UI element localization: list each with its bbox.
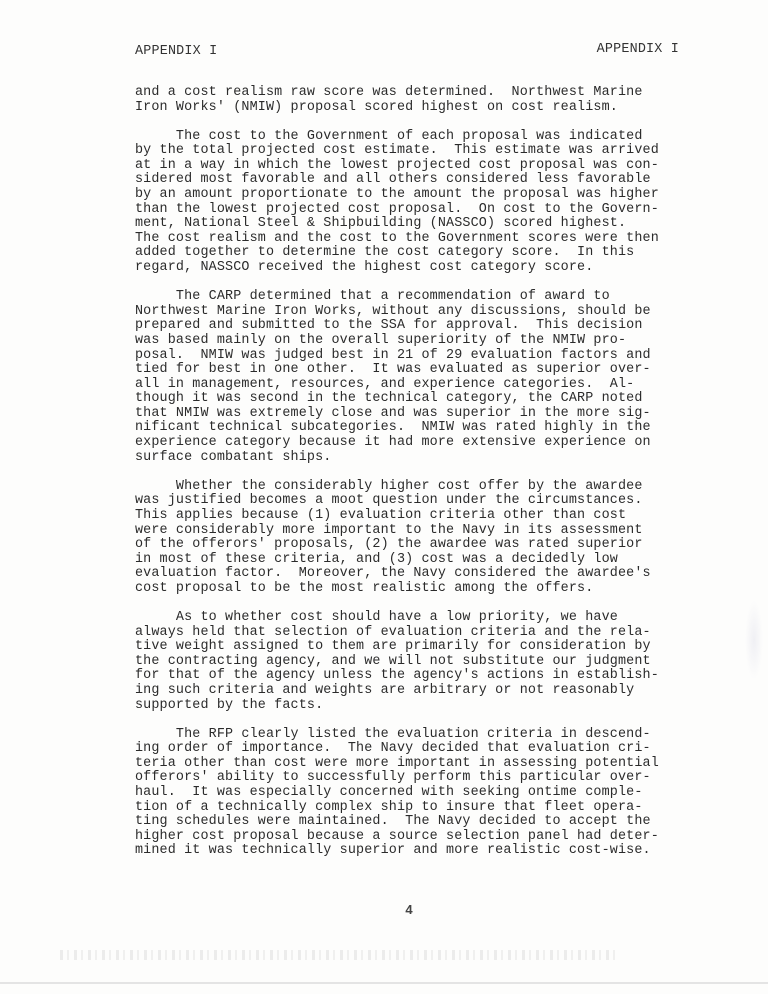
text-line: higher cost proposal because a source se…	[135, 830, 695, 845]
text-line: The cost to the Government of each propo…	[135, 130, 695, 145]
text-line: Northwest Marine Iron Works, without any…	[135, 305, 695, 320]
paragraph: The CARP determined that a recommendatio…	[135, 290, 695, 465]
text-line: ing order of importance. The Navy decide…	[135, 742, 695, 757]
text-line: haul. It was especially concerned with s…	[135, 786, 695, 801]
text-line: tion of a technically complex ship to in…	[135, 801, 695, 816]
text-line: cost proposal to be the most realistic a…	[135, 582, 695, 597]
text-line: teria other than cost were more importan…	[135, 757, 695, 772]
body-text: and a cost realism raw score was determi…	[135, 86, 695, 874]
text-line: in most of these criteria, and (3) cost …	[135, 553, 695, 568]
document-page: APPENDIX I APPENDIX I and a cost realism…	[0, 0, 768, 994]
text-line: the contracting agency, and we will not …	[135, 655, 695, 670]
text-line: tied for best in one other. It was evalu…	[135, 363, 695, 378]
page-number: 4	[0, 902, 768, 917]
text-line: As to whether cost should have a low pri…	[135, 611, 695, 626]
text-line: by the total projected cost estimate. Th…	[135, 144, 695, 159]
paragraph: The cost to the Government of each propo…	[135, 130, 695, 276]
text-line: mined it was technically superior and mo…	[135, 844, 695, 859]
text-line: were considerably more important to the …	[135, 524, 695, 539]
text-line: than the lowest projected cost proposal.…	[135, 203, 695, 218]
text-line: supported by the facts.	[135, 699, 695, 714]
text-line: Whether the considerably higher cost off…	[135, 480, 695, 495]
scan-smudge	[745, 600, 763, 680]
text-line: This applies because (1) evaluation crit…	[135, 509, 695, 524]
text-line: posal. NMIW was judged best in 21 of 29 …	[135, 349, 695, 364]
paragraph: and a cost realism raw score was determi…	[135, 86, 695, 115]
text-line: that NMIW was extremely close and was su…	[135, 407, 695, 422]
text-line: at in a way in which the lowest projecte…	[135, 159, 695, 174]
text-line: nificant technical subcategories. NMIW w…	[135, 421, 695, 436]
text-line: ment, National Steel & Shipbuilding (NAS…	[135, 217, 695, 232]
text-line: of the offerors' proposals, (2) the awar…	[135, 538, 695, 553]
scan-edge-line	[0, 982, 768, 984]
paragraph: The RFP clearly listed the evaluation cr…	[135, 728, 695, 859]
paragraph: As to whether cost should have a low pri…	[135, 611, 695, 713]
text-line: prepared and submitted to the SSA for ap…	[135, 319, 695, 334]
text-line: ting schedules were maintained. The Navy…	[135, 815, 695, 830]
text-line: ing such criteria and weights are arbitr…	[135, 684, 695, 699]
text-line: surface combatant ships.	[135, 451, 695, 466]
text-line: tive weight assigned to them are primari…	[135, 640, 695, 655]
paragraph: Whether the considerably higher cost off…	[135, 480, 695, 597]
text-line: Iron Works' (NMIW) proposal scored highe…	[135, 101, 695, 116]
text-line: experience category because it had more …	[135, 436, 695, 451]
text-line: The cost realism and the cost to the Gov…	[135, 232, 695, 247]
text-line: though it was second in the technical ca…	[135, 392, 695, 407]
text-line: always held that selection of evaluation…	[135, 626, 695, 641]
text-line: and a cost realism raw score was determi…	[135, 86, 695, 101]
running-header-left: APPENDIX I	[135, 44, 217, 59]
text-line: was justified becomes a moot question un…	[135, 494, 695, 509]
text-line: was based mainly on the overall superior…	[135, 334, 695, 349]
scan-noise-strip	[60, 950, 620, 960]
text-line: sidered most favorable and all others co…	[135, 173, 695, 188]
text-line: The RFP clearly listed the evaluation cr…	[135, 728, 695, 743]
running-header-right: APPENDIX I	[597, 42, 679, 57]
text-line: evaluation factor. Moreover, the Navy co…	[135, 567, 695, 582]
text-line: offerors' ability to successfully perfor…	[135, 771, 695, 786]
text-line: for that of the agency unless the agency…	[135, 669, 695, 684]
text-line: regard, NASSCO received the highest cost…	[135, 261, 695, 276]
text-line: all in management, resources, and experi…	[135, 378, 695, 393]
text-line: by an amount proportionate to the amount…	[135, 188, 695, 203]
text-line: added together to determine the cost cat…	[135, 246, 695, 261]
text-line: The CARP determined that a recommendatio…	[135, 290, 695, 305]
